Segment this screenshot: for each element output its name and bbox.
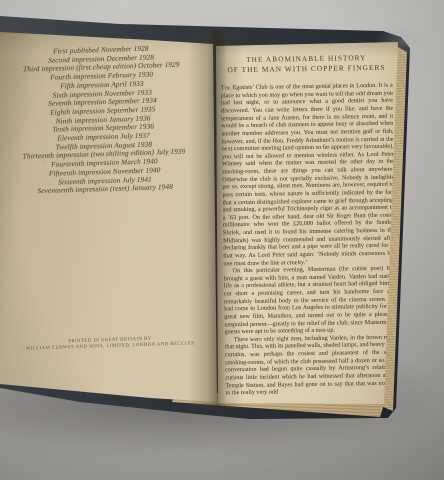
left-page-content: LORD PETER VIEWS THE BODY First publishe…	[0, 31, 214, 397]
paragraph-lead: The	[221, 85, 231, 91]
story-paragraph: There were only eight men, including Var…	[225, 334, 398, 398]
chapter-title-line2: OF THE MAN WITH COPPER FINGERS	[220, 62, 392, 74]
story-paragraph: The Egotists’ Club is one of the most ge…	[221, 83, 396, 269]
story-text: The Egotists’ Club is one of the most ge…	[221, 83, 398, 398]
right-page-content: THE ABOMINABLE HISTORY OF THE MAN WITH C…	[220, 53, 398, 408]
chapter-title: THE ABOMINABLE HISTORY OF THE MAN WITH C…	[220, 53, 392, 75]
paragraph-text: There were only eight men, including Var…	[225, 334, 398, 396]
paragraph-text: On this particular evening, Masterman (t…	[224, 266, 397, 336]
impression-list: First published November 1928Second impr…	[0, 43, 207, 197]
book-photo: LORD PETER VIEWS THE BODY First publishe…	[0, 0, 444, 480]
story-paragraph: On this particular evening, Masterman (t…	[224, 266, 397, 337]
printer-note: PRINTED IN GREAT BRITAIN BY WILLIAM CLOW…	[8, 335, 212, 354]
paragraph-text: Egotists’ Club is one of the most genial…	[221, 83, 396, 267]
